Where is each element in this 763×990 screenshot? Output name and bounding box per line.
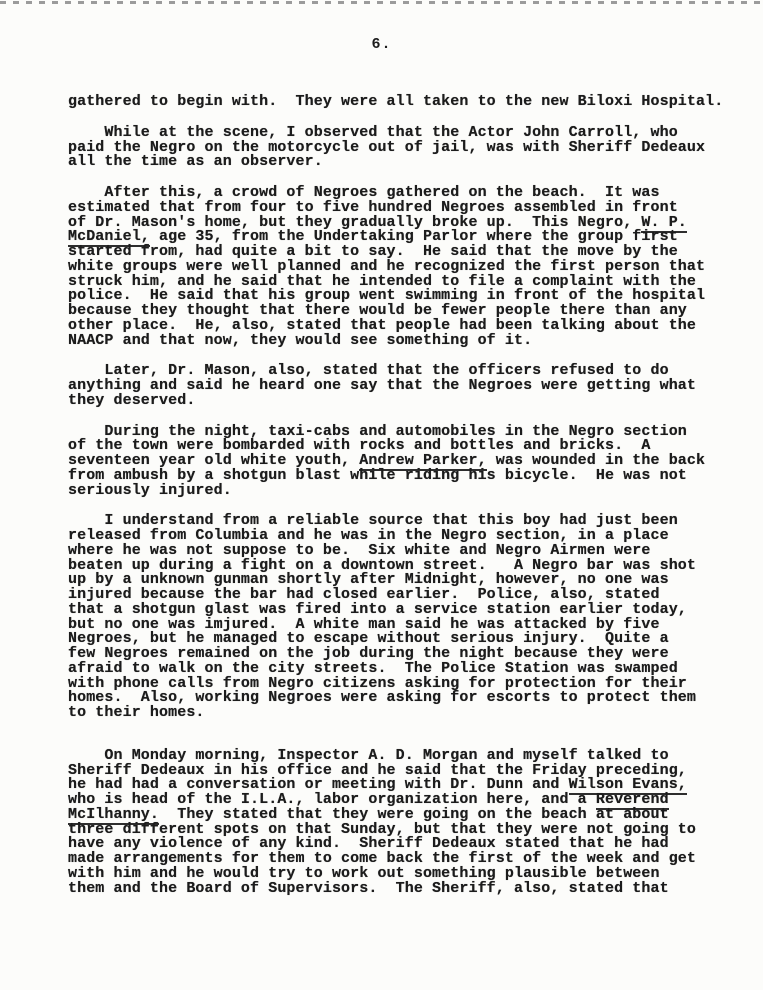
document-page: 6. gathered to begin with. They were all… <box>0 0 763 990</box>
text-line: gathered to begin with. They were all ta… <box>68 95 763 110</box>
page-number: 6. <box>0 0 763 53</box>
document-body: gathered to begin with. They were all ta… <box>68 95 763 896</box>
paragraph: Later, Dr. Mason, also, stated that the … <box>68 364 763 408</box>
paragraph: gathered to begin with. They were all ta… <box>68 95 763 110</box>
text-line: them and the Board of Supervisors. The S… <box>68 882 763 897</box>
text-line: to their homes. <box>68 706 763 721</box>
text-line: all the time as an observer. <box>68 155 763 170</box>
text-line: NAACP and that now, they would see somet… <box>68 334 763 349</box>
text-line: seriously injured. <box>68 484 763 499</box>
paragraph: On Monday morning, Inspector A. D. Morga… <box>68 749 763 897</box>
paragraph: After this, a crowd of Negroes gathered … <box>68 186 763 348</box>
text-line: they deserved. <box>68 394 763 409</box>
paragraph: While at the scene, I observed that the … <box>68 126 763 170</box>
paragraph: During the night, taxi-cabs and automobi… <box>68 425 763 499</box>
paragraph: I understand from a reliable source that… <box>68 514 763 721</box>
scan-edge-dashes <box>0 1 763 4</box>
